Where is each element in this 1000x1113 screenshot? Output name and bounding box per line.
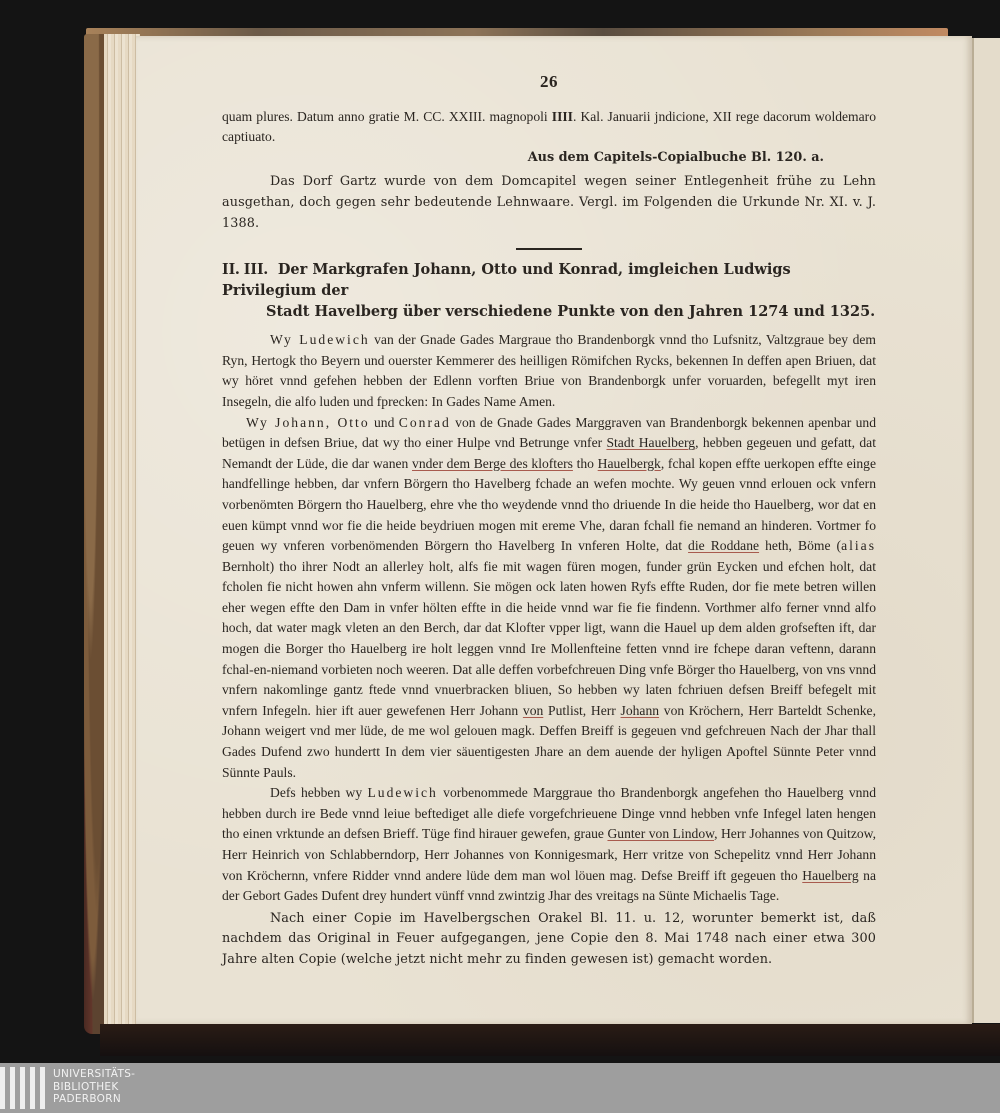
pencil-underlined-text: Gunter von Lindow xyxy=(607,826,714,841)
paragraph-text: und xyxy=(370,415,399,430)
section-divider xyxy=(516,248,582,250)
logo-line-2: BIBLIOTHEK xyxy=(53,1081,135,1094)
library-logo-icon xyxy=(0,1067,45,1113)
page-edges-stack xyxy=(104,34,140,1024)
paragraph-text: Bernholt) tho ihrer Nodt an allerley hol… xyxy=(222,559,876,718)
date-numeral: IIII xyxy=(552,109,573,124)
paragraph-text: Defs hebben wy xyxy=(270,785,368,800)
source-citation: Aus dem Capitels-Copialbuche Bl. 120. a. xyxy=(222,148,876,169)
issuer-name: Conrad xyxy=(399,415,451,430)
continuation-part: quam plures. Datum anno gratie M. CC. XX… xyxy=(222,109,552,124)
spaced-word: alias xyxy=(841,538,876,553)
book-bottom-shadow xyxy=(100,1024,1000,1056)
issuer-name: Wy Ludewich xyxy=(270,332,370,347)
charter-paragraph-1: Wy Ludewich van der Gnade Gades Margraue… xyxy=(222,330,876,412)
pencil-underlined-text: von xyxy=(523,703,543,718)
logo-line-1: UNIVERSITÄTS- xyxy=(53,1068,135,1081)
page-number: 26 xyxy=(222,72,876,93)
logo-line-3: PADERBORN xyxy=(53,1093,135,1106)
pencil-underlined-text: Hauelberg xyxy=(802,868,858,883)
right-page-edge xyxy=(972,38,1000,1023)
paragraph-text: Putlist, Herr xyxy=(543,703,620,718)
editorial-note: Das Dorf Gartz wurde von dem Domcapitel … xyxy=(222,172,876,234)
continuation-text: quam plures. Datum anno gratie M. CC. XX… xyxy=(222,107,876,148)
pencil-underlined-text: vnder dem Berge des klofters xyxy=(412,456,573,471)
library-logo-text: UNIVERSITÄTS- BIBLIOTHEK PADERBORN xyxy=(53,1068,135,1106)
charter-paragraph-2: Wy Johann, Otto und Conrad von de Gnade … xyxy=(222,413,876,784)
page-content: 26 quam plures. Datum anno gratie M. CC.… xyxy=(222,72,876,971)
section-number: II. III. xyxy=(222,259,268,278)
section-heading: II. III.Der Markgrafen Johann, Otto und … xyxy=(222,258,876,322)
section-title-line2: Stadt Havelberg über verschiedene Punkte… xyxy=(222,301,876,322)
closing-editorial-note: Nach einer Copie im Havelbergschen Orake… xyxy=(222,909,876,971)
paragraph-text: heth, Böme ( xyxy=(759,538,841,553)
pencil-underlined-text: die Roddane xyxy=(688,538,759,553)
charter-paragraph-3: Defs hebben wy Ludewich vorbenommede Mar… xyxy=(222,783,876,907)
book-cover-left-marbled xyxy=(84,34,106,1034)
paragraph-text: tho xyxy=(573,456,598,471)
pencil-underlined-text: Stadt Hauelberg xyxy=(606,435,695,450)
section-title-line1: Der Markgrafen Johann, Otto und Konrad, … xyxy=(222,261,791,299)
issuer-name: Wy Johann, Otto xyxy=(246,415,370,430)
issuer-name: Ludewich xyxy=(368,785,438,800)
pencil-underlined-text: Hauelbergk xyxy=(598,456,661,471)
library-footer-bar: UNIVERSITÄTS- BIBLIOTHEK PADERBORN xyxy=(0,1063,1000,1113)
pencil-underlined-text: Johann xyxy=(621,703,660,718)
